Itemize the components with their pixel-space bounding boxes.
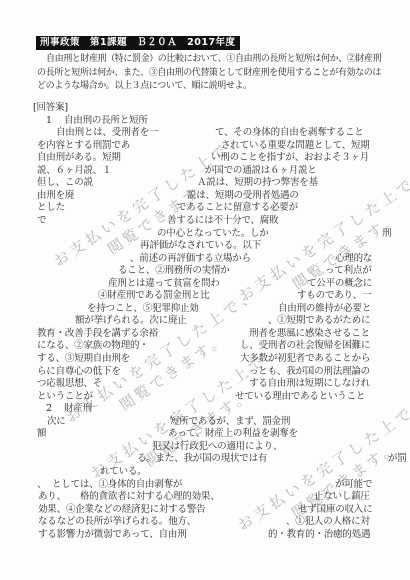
text-fragment: で: [37, 215, 46, 227]
text-fragment: なるなどの長所が挙げられる。他方、: [38, 516, 196, 528]
text-fragment: 、: [37, 479, 46, 491]
text-line: あり、格的貪欲者に対する心理的効果、止ないし鎮圧: [0, 491, 410, 504]
question-line: の長所と短所は何か、また、③自由刑の代替策として財産刑を使用することが有効なのは: [37, 68, 381, 79]
text-fragment: 犯又は行政犯への適用により、: [152, 441, 282, 453]
text-fragment: れている。: [100, 466, 147, 478]
text-fragment: が可能で: [335, 479, 372, 491]
question-line: どのような場合か。以上３点について、順に説明せよ。: [37, 81, 252, 92]
assignment-header: 刑事政策 第1課題 Ｂ２０Ａ 2017年度: [36, 36, 240, 50]
text-fragment: あり、: [38, 491, 66, 503]
text-fragment: が罰: [388, 453, 407, 465]
text-fragment: [回答案]: [33, 102, 68, 114]
text-line: 由刑を廃説は、短期の受刑者処遇の: [0, 190, 410, 203]
text-fragment: 止ないし鎮圧: [314, 491, 370, 503]
text-line: 1自由刑の長所と短所: [0, 115, 410, 128]
text-fragment: せている理由であるということ: [235, 391, 365, 403]
text-fragment: 説、６ヶ月説、１: [37, 165, 111, 177]
text-fragment: って利点が: [325, 265, 372, 277]
text-fragment: る。また、我が国の現状では有: [137, 453, 267, 465]
text-fragment: 1: [46, 115, 52, 127]
text-fragment: になる、②家族の物理的・: [37, 340, 149, 352]
text-fragment: 再評価がなされている。以下: [140, 240, 261, 252]
text-line: になる、②家族の物理的・し、受刑者の社会復帰を困難に: [0, 340, 410, 353]
text-fragment: ること、②刑務所の実情か: [118, 265, 230, 277]
text-fragment: 自由刑の維持が必要と: [278, 303, 371, 315]
text-line: [回答案]: [0, 102, 410, 115]
text-fragment: らに自尊心の低下を: [37, 366, 121, 378]
text-fragment: すものであり、一: [297, 290, 371, 302]
text-line: つ応報思想、そする自由刑は短期にしなけれ: [0, 378, 410, 391]
text-fragment: されている重要な問題として、短期: [221, 140, 370, 152]
text-fragment: 善するには不十分で、腐敗: [167, 215, 278, 227]
text-line: としたであることに留意する必要が: [0, 202, 410, 215]
text-fragment: 但し、この説: [37, 177, 93, 189]
text-line: 、としては、①身体的自由剥奪がが可能で: [0, 479, 410, 492]
text-fragment: 的・教育的・治癒的処遇: [268, 529, 370, 541]
text-fragment: ということが: [37, 391, 93, 403]
text-line: 但し、この説Ａ説は、短期の持つ弊害を基: [0, 177, 410, 190]
text-fragment: する、③短期自由刑を: [37, 353, 130, 365]
text-line: る。また、我が国の現状では有が罰: [0, 453, 410, 466]
text-fragment: Ａ説は、短期の持つ弊害を基: [197, 177, 318, 189]
text-fragment: としては、①身体的自由剥奪が: [52, 479, 182, 491]
text-fragment: 格的貪欲者に対する心理的効果、: [80, 491, 220, 503]
text-fragment: 、前述の再評価する立場から: [130, 253, 251, 265]
text-line: する影響力が微弱であって、自由刑的・教育的・治癒的処遇: [0, 529, 410, 542]
text-fragment: 次に: [47, 416, 66, 428]
text-line: 効果、④企業などの経済犯に対する警告せず国庫の収入に: [0, 504, 410, 517]
text-line: 自由刑とは、受刑者を一て、その身体的自由を剥奪すること: [0, 127, 410, 140]
text-fragment: つ応報思想、そ: [37, 378, 102, 390]
text-line: 額が挙げられる。次に廃止、①短期であるがために: [0, 315, 410, 328]
text-fragment: であることに留意する必要が: [177, 202, 298, 214]
text-line: なるなどの長所が挙げられる。他方、、①犯人の人格に対: [0, 516, 410, 529]
text-line: ること、②刑務所の実情かって利点が: [0, 265, 410, 278]
text-fragment: 産刑とは違って貧富を問わ: [108, 278, 220, 290]
text-fragment: 心理的な: [335, 253, 372, 265]
text-fragment: 教育・改善手段を講ずる余裕: [37, 328, 158, 340]
text-line: の中心となっていた。しか刑: [0, 228, 410, 241]
text-fragment: せず国庫の収入に: [298, 504, 372, 516]
text-line: で善するには不十分で、腐敗: [0, 215, 410, 228]
text-fragment: て、その身体的自由を剥奪すること: [215, 127, 364, 139]
text-line: 2財産刑: [0, 403, 410, 416]
text-fragment: っとも、我が国の刑法理論の: [249, 366, 370, 378]
text-line: を持つこと、⑤犯罪抑止効自由刑の維持が必要と: [0, 303, 410, 316]
text-fragment: を持つこと、⑤犯罪抑止効: [87, 303, 199, 315]
text-fragment: 、①短期であるがために: [268, 315, 370, 327]
text-line: 教育・改善手段を講ずる余裕刑者を悪風に感染させること: [0, 328, 410, 341]
text-line: 額あって、財産上の利益を剥奪を: [0, 428, 410, 441]
text-line: を内容とする刑罰であされている重要な問題として、短期: [0, 140, 410, 153]
text-fragment: 刑者を悪風に感染させること: [249, 328, 370, 340]
text-fragment: 効果、④企業などの経済犯に対する警告: [38, 504, 205, 516]
text-line: 次に短所であるが、まず、罰金刑: [0, 416, 410, 429]
text-line: 自由刑がある。短期い刑のことを指すが、おおよそ３ヶ月: [0, 152, 410, 165]
text-fragment: の中心となっていた。しか: [157, 228, 269, 240]
text-fragment: 自由刑の長所と短所: [64, 115, 148, 127]
text-fragment: 2: [46, 403, 52, 415]
text-fragment: 、①犯人の人格に対: [286, 516, 370, 528]
question-line: 自由刑と財産刑（特に罰金）の比較において、①自由刑の長所と短所は何か、②財産刑: [46, 54, 381, 65]
text-fragment: 大多数が初犯者であることから: [240, 353, 370, 365]
text-fragment: 短所であるが、まず、罰金刑: [170, 416, 290, 428]
text-fragment: が国での通説は６ヶ月説と: [205, 165, 317, 177]
text-fragment: い刑のことを指すが、おおよそ３ヶ月: [211, 152, 369, 164]
text-fragment: 説は、短期の受刑者処遇の: [187, 190, 299, 202]
text-line: 再評価がなされている。以下: [0, 240, 410, 253]
text-line: 犯又は行政犯への適用により、: [0, 441, 410, 454]
text-fragment: て公平の概念に: [307, 278, 372, 290]
text-line: 説、６ヶ月説、１が国での通説は６ヶ月説と: [0, 165, 410, 178]
text-fragment: する自由刑は短期にしなけれ: [249, 378, 370, 390]
text-line: れている。: [0, 466, 410, 479]
text-fragment: とした: [37, 202, 65, 214]
text-fragment: 自由刑がある。短期: [37, 152, 121, 164]
text-line: 産刑とは違って貧富を問わて公平の概念に: [0, 278, 410, 291]
text-fragment: 財産刑: [64, 403, 92, 415]
text-fragment: 額が挙げられる。次に廃止: [75, 315, 187, 327]
text-fragment: ④財産刑である罰金刑と比: [98, 290, 210, 302]
text-line: する、③短期自由刑を大多数が初犯者であることから: [0, 353, 410, 366]
text-fragment: する影響力が微弱であって、自由刑: [38, 529, 187, 541]
text-line: らに自尊心の低下をっとも、我が国の刑法理論の: [0, 366, 410, 379]
text-fragment: し、受刑者の社会復帰を困難に: [240, 340, 370, 352]
text-fragment: を内容とする刑罰であ: [37, 140, 130, 152]
document-preview-page: 刑事政策 第1課題 Ｂ２０Ａ 2017年度 自由刑と財産刑（特に罰金）の比較にお…: [0, 0, 410, 580]
text-line: 、前述の再評価する立場から心理的な: [0, 253, 410, 266]
text-fragment: 刑: [382, 228, 391, 240]
text-line: ということがせている理由であるということ: [0, 391, 410, 404]
text-fragment: あって、財産上の利益を剥奪を: [168, 428, 298, 440]
text-fragment: 自由刑とは、受刑者を一: [56, 127, 158, 139]
text-line: ④財産刑である罰金刑と比すものであり、一: [0, 290, 410, 303]
text-fragment: 額: [37, 428, 46, 440]
text-fragment: 由刑を廃: [37, 190, 74, 202]
